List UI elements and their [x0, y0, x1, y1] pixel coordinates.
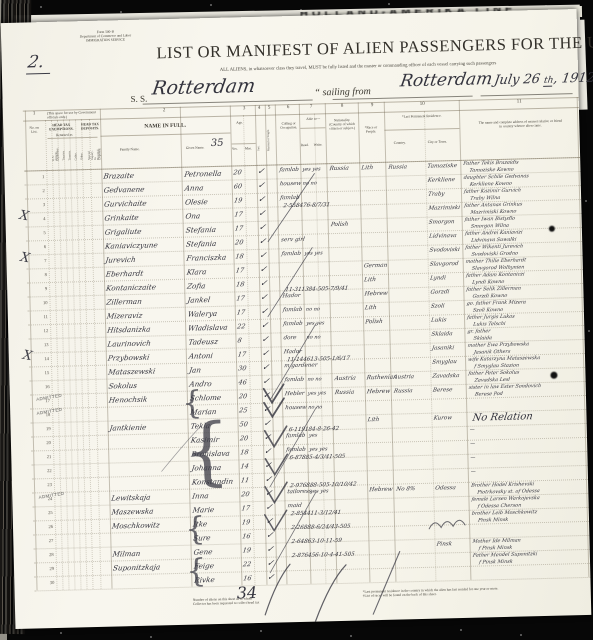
- cell-rw: no no: [305, 306, 332, 313]
- sex-check-mark: ✓: [257, 181, 266, 191]
- cell-family: Kaniaviczyune: [104, 240, 181, 251]
- sex-check-mark: ✓: [260, 321, 269, 331]
- cell-calling: serv girl: [281, 236, 318, 243]
- column-number: 4: [258, 106, 261, 111]
- cell-age: 20: [235, 238, 254, 246]
- cell-family: Przybowski: [107, 352, 184, 363]
- mos-label: Mos.: [245, 147, 252, 151]
- grid-vline: [358, 102, 371, 582]
- cell-rw: no no: [302, 180, 329, 187]
- cell-age: 19: [241, 518, 260, 526]
- last-residence-label: *Last Permanent Residence.: [388, 114, 455, 120]
- sex-check-mark: ✓: [259, 279, 268, 289]
- cell-city: Svodoviski: [429, 247, 463, 254]
- reference-number-annotation: 2-26888-6/24/43-505: [291, 524, 351, 531]
- cell-family: Laurinovich: [107, 338, 184, 349]
- cell-given: Petronella: [184, 169, 231, 179]
- relative-label: The name and complete address of nearest…: [465, 119, 575, 130]
- cell-rw: yes: [308, 432, 335, 439]
- sex-check-mark: ✓: [266, 531, 275, 541]
- sex-check-mark: ✓: [258, 223, 267, 233]
- cell-age: 20: [239, 434, 258, 442]
- cell-given: Jan: [189, 364, 236, 374]
- cell-family: Mataszewski: [108, 366, 185, 377]
- sex-check-mark: ✓: [263, 447, 272, 457]
- row-number: 13: [32, 342, 48, 347]
- cell-city: Sklaida: [431, 331, 465, 338]
- cell-rw: yes yes: [309, 446, 336, 453]
- cell-age: 18: [240, 448, 259, 456]
- cell-given: Zofia: [186, 281, 233, 291]
- sheet-total-note: Number of aliens on this sheet as to who…: [193, 596, 298, 607]
- grid-vline: [275, 104, 288, 584]
- yrs-label: Yrs.: [232, 147, 238, 151]
- reference-number-annotation: 11-311384-505-7/9/41: [285, 286, 349, 294]
- cell-city: Slavgorod: [429, 261, 463, 268]
- cell-given: Wladislava: [188, 322, 235, 332]
- cell-country: Russia: [393, 388, 430, 395]
- cell-country: Russia: [388, 164, 425, 171]
- cell-rw: yes yes: [307, 390, 334, 397]
- cell-family: Zillerman: [106, 296, 183, 307]
- row-number: 2: [29, 188, 45, 193]
- row-number: 19: [35, 426, 51, 431]
- cell-age: 17: [234, 210, 253, 218]
- cell-family: Henochsik: [108, 394, 185, 405]
- cell-given: Stefania: [185, 239, 232, 249]
- column-number: 9: [371, 103, 374, 108]
- sex-check-mark: ✓: [263, 419, 272, 429]
- row-number: 15: [33, 370, 49, 375]
- cell-given: Walerya: [187, 308, 234, 318]
- cell-family: Mizeraviz: [106, 310, 183, 321]
- cell-calling: m gardener: [284, 362, 321, 369]
- cell-rw: no no: [306, 334, 333, 341]
- cell-given: Antoni: [188, 350, 235, 360]
- cell-age: 20: [238, 392, 257, 400]
- cell-city: Smyglau: [432, 359, 466, 366]
- cell-rw: no no: [308, 404, 335, 411]
- cell-age: 19: [242, 546, 261, 554]
- sailing-date: July 26 th, 1912: [493, 71, 593, 89]
- calling-label: Calling or Occupation.: [278, 122, 299, 131]
- footnotes: *Last permanent residence in the country…: [363, 585, 584, 598]
- page-title: LIST OR MANIFEST OF ALIEN PASSENGERS FOR…: [156, 33, 576, 63]
- manifest-page: Form 500-B Department of Commerce and La…: [1, 9, 592, 629]
- cell-rw: yes yes: [304, 250, 331, 257]
- sex-check-mark: ✓: [264, 475, 273, 485]
- cell-family: Moschkowitz: [111, 520, 188, 531]
- family-brace: {: [182, 416, 231, 487]
- cell-age: 46: [238, 378, 257, 386]
- cell-given: Ona: [185, 211, 232, 221]
- race-label: *Race or People.: [359, 126, 382, 135]
- cell-nationality: Austria: [334, 375, 365, 382]
- cell-age: 50: [239, 420, 258, 428]
- row-number: 12: [32, 328, 48, 333]
- cell-nationality: Polish: [330, 221, 361, 228]
- column-number: 7: [310, 105, 313, 110]
- ss-label: S. S.: [130, 94, 147, 104]
- cell-country: Austria: [393, 374, 430, 381]
- sex-check-mark: ✓: [261, 363, 270, 373]
- cell-family: Eberhardt: [105, 268, 182, 279]
- row-number: 16: [34, 384, 50, 389]
- reference-number-annotation: 6-119184-8-26-42: [288, 426, 339, 433]
- cell-city: Pinsk: [436, 541, 470, 548]
- family-brace: {: [186, 556, 207, 584]
- cell-family: Grigaliute: [104, 226, 181, 237]
- row-number: 8: [31, 272, 47, 277]
- cell-age: 11: [240, 476, 259, 484]
- form-imprint: Form 500-B Department of Commerce and La…: [59, 29, 152, 43]
- sex-check-mark: ✓: [264, 461, 273, 471]
- cell-city: Zavadska: [432, 373, 466, 380]
- column-number: 8: [341, 104, 344, 109]
- sex-check-mark: ✓: [266, 559, 275, 569]
- cell-family: Gedvanene: [103, 184, 180, 195]
- cell-family: Maszewska: [111, 506, 188, 517]
- sex-check-mark: ✓: [260, 293, 269, 303]
- scanned-manifest-photo: { "scan": { "page_number": "2.", "form_i…: [0, 0, 593, 640]
- row-number: 5: [30, 230, 46, 235]
- sailing-from-label: “ sailing from: [314, 86, 371, 98]
- port-name: Rotterdam: [399, 69, 494, 91]
- cell-city: Kerkliene: [427, 177, 461, 184]
- cell-age: 17: [236, 294, 255, 302]
- cell-calling: Hador: [283, 348, 320, 355]
- name-in-full-label: NAME IN FULL.: [100, 122, 230, 131]
- cell-age: 22: [242, 560, 261, 568]
- given-name-annotation: 35: [210, 138, 224, 149]
- cell-age: 22: [237, 322, 256, 330]
- cell-family: Hitsdanizka: [107, 324, 184, 335]
- cell-age: 60: [233, 182, 252, 190]
- sex-check-mark: ✓: [259, 265, 268, 275]
- reference-number-annotation: 11-144613-505-1/6/17: [287, 356, 351, 364]
- column-number: 5: [268, 106, 271, 111]
- cell-calling: famlab: [280, 194, 317, 201]
- reference-number-annotation: 2-854411-3/12/41: [290, 510, 341, 517]
- city-label: City or Town.: [428, 140, 447, 144]
- sex-check-mark: ✓: [260, 307, 269, 317]
- row-number: 28: [38, 552, 54, 557]
- row-number: 23: [36, 482, 52, 487]
- cell-given: Olesie: [184, 197, 231, 207]
- cell-race: Ruthenian: [366, 375, 393, 382]
- cell-given: Anna: [184, 183, 231, 193]
- cell-race: Hebrew: [366, 389, 393, 396]
- married-label: Married or Single.: [267, 128, 271, 151]
- sex-check-mark: ✓: [263, 433, 272, 443]
- cell-country: No 8%: [396, 486, 433, 493]
- cell-city: Szoli: [430, 303, 464, 310]
- sex-check-mark: ✓: [265, 503, 274, 513]
- cell-city: Odessa: [435, 485, 469, 492]
- row-number: 1: [28, 174, 44, 179]
- cell-city: Jasaniki: [431, 345, 465, 352]
- cell-calling: maid: [287, 502, 324, 509]
- cell-nationality: Russia: [329, 165, 360, 172]
- cell-city: Tamoziske: [427, 163, 461, 170]
- column-number: 2: [163, 108, 166, 113]
- cell-calling: Hador: [282, 292, 319, 299]
- sex-check-mark: ✓: [257, 195, 266, 205]
- cell-age: 30: [238, 364, 257, 372]
- cell-age: 20: [233, 168, 252, 176]
- family-brace: {: [185, 514, 206, 542]
- cell-given: Tadeusz: [188, 336, 235, 346]
- cell-family: Milman: [112, 548, 189, 559]
- cell-city: Gorzdi: [430, 289, 464, 296]
- cell-age: 17: [235, 266, 254, 274]
- cell-family: Grinkaite: [104, 212, 181, 223]
- cell-age: 17: [241, 504, 260, 512]
- cell-race: Lith: [367, 417, 394, 424]
- cell-city: Traby: [428, 191, 462, 198]
- sex-check-mark: ✓: [262, 391, 271, 401]
- cell-nationality: Russia: [334, 389, 365, 396]
- row-number: 27: [37, 538, 53, 543]
- cell-rw: yes yes: [306, 320, 333, 327]
- column-number: 1: [33, 111, 36, 116]
- cell-age: 16: [242, 532, 261, 540]
- reference-number-annotation: 2-558476-8/7/31: [283, 202, 331, 209]
- read-label: Read.: [301, 144, 309, 148]
- column-number: 3: [243, 106, 246, 111]
- cell-family: Kontaniczaite: [106, 282, 183, 293]
- given-name-label: Given Name.: [186, 146, 205, 150]
- cell-relative: No Relation: [472, 411, 534, 424]
- sex-check-mark: ✓: [267, 573, 276, 583]
- sheet-page-number: 2.: [26, 52, 54, 75]
- cell-rw: yes yes: [310, 488, 337, 495]
- cell-age: 18: [235, 252, 254, 260]
- sex-check-mark: ✓: [259, 251, 268, 261]
- cell-city: Kurow: [433, 415, 467, 422]
- column-number: 11: [517, 99, 522, 104]
- cell-age: 19: [233, 196, 252, 204]
- cell-age: 17: [234, 224, 253, 232]
- cell-family: Sokolus: [108, 380, 185, 391]
- cell-city: Smorgon: [428, 219, 462, 226]
- sex-check-mark: ✓: [258, 237, 267, 247]
- reference-number-annotation: 6-87885-4/3/41-505: [289, 454, 346, 461]
- sex-check-mark: ✓: [257, 167, 266, 177]
- cell-race: Hebrew: [369, 487, 396, 494]
- row-number: 30: [38, 580, 54, 585]
- row-number: 22: [36, 468, 52, 473]
- cell-city: Berese: [432, 387, 466, 394]
- cell-age: 16: [243, 574, 262, 582]
- cell-age: 20: [241, 490, 260, 498]
- sex-check-mark: ✓: [265, 489, 274, 499]
- cell-rw: no no: [307, 376, 334, 383]
- country-label: Country.: [394, 141, 406, 145]
- cell-race: Hebrew: [364, 291, 391, 298]
- sex-check-mark: ✓: [265, 517, 274, 527]
- reference-number-annotation: 2-64863-10-11-59: [291, 538, 342, 545]
- grid-vline: [384, 102, 397, 582]
- cell-family: Jantkienie: [109, 422, 186, 433]
- sex-check-mark: ✓: [262, 405, 271, 415]
- reference-number-annotation: 2-876456-10-4-41-505: [291, 552, 355, 560]
- cell-race: German: [363, 263, 390, 270]
- cell-age: 17: [236, 308, 255, 316]
- cell-race: Lith: [364, 305, 391, 312]
- row-number: 6: [30, 244, 46, 249]
- cell-city: Lukis: [431, 317, 465, 324]
- cell-city: Mazrimiski: [428, 205, 462, 212]
- reference-number-annotation: 2-976888-505-10/10/42: [290, 482, 357, 490]
- cell-race: Polish: [365, 319, 392, 326]
- cell-age: 18: [236, 280, 255, 288]
- nationality-label: Nationality.(Country of which citizen or…: [328, 118, 356, 131]
- cell-family: Suponitzkaja: [112, 562, 189, 573]
- cell-family: Brazaite: [103, 170, 180, 181]
- row-number: 7: [30, 258, 46, 263]
- cell-family: Gurvichaite: [103, 198, 180, 209]
- cell-age: 8: [237, 336, 256, 344]
- sex-check-mark: ✓: [261, 335, 270, 345]
- column-number: 6: [287, 105, 290, 110]
- cell-race: Lith: [361, 165, 388, 172]
- cell-age: 25: [239, 406, 258, 414]
- sex-check-mark: ✓: [258, 209, 267, 219]
- cell-age: 14: [240, 462, 259, 470]
- cell-rw: yes yes: [302, 166, 329, 173]
- ship-name: Rotterdam: [151, 75, 257, 100]
- cell-given: Jankel: [187, 295, 234, 305]
- sex-check-mark: ✓: [261, 349, 270, 359]
- cell-given: Klara: [186, 267, 233, 277]
- cell-given: Stefania: [185, 225, 232, 235]
- cell-given: Franciszka: [186, 253, 233, 263]
- sex-check-mark: ✓: [266, 545, 275, 555]
- row-number: 21: [35, 454, 51, 459]
- row-number: 20: [35, 440, 51, 445]
- cell-city: Lyndi: [430, 275, 464, 282]
- row-number: 14: [33, 356, 49, 361]
- family-name-label: Family Name.: [120, 148, 140, 152]
- row-number: 10: [31, 300, 47, 305]
- cell-family: Jurevich: [105, 254, 182, 265]
- row-number: 3: [29, 202, 45, 207]
- sex-check-mark: ✓: [262, 377, 271, 387]
- cell-age: 17: [237, 350, 256, 358]
- column-number: 10: [420, 102, 425, 107]
- no-on-list-label: No. on List.: [27, 126, 41, 134]
- row-number: 25: [37, 510, 53, 515]
- row-number: 29: [38, 566, 54, 571]
- row-number: 26: [37, 524, 53, 529]
- cell-city: Lidvinava: [429, 233, 463, 240]
- row-number: 4: [29, 216, 45, 221]
- row-number: 11: [32, 314, 48, 319]
- row-number: 9: [31, 286, 47, 291]
- sex-label: Sex.: [257, 131, 260, 151]
- cell-family: Lewitskaja: [111, 492, 188, 503]
- cell-race: Lith: [364, 277, 391, 284]
